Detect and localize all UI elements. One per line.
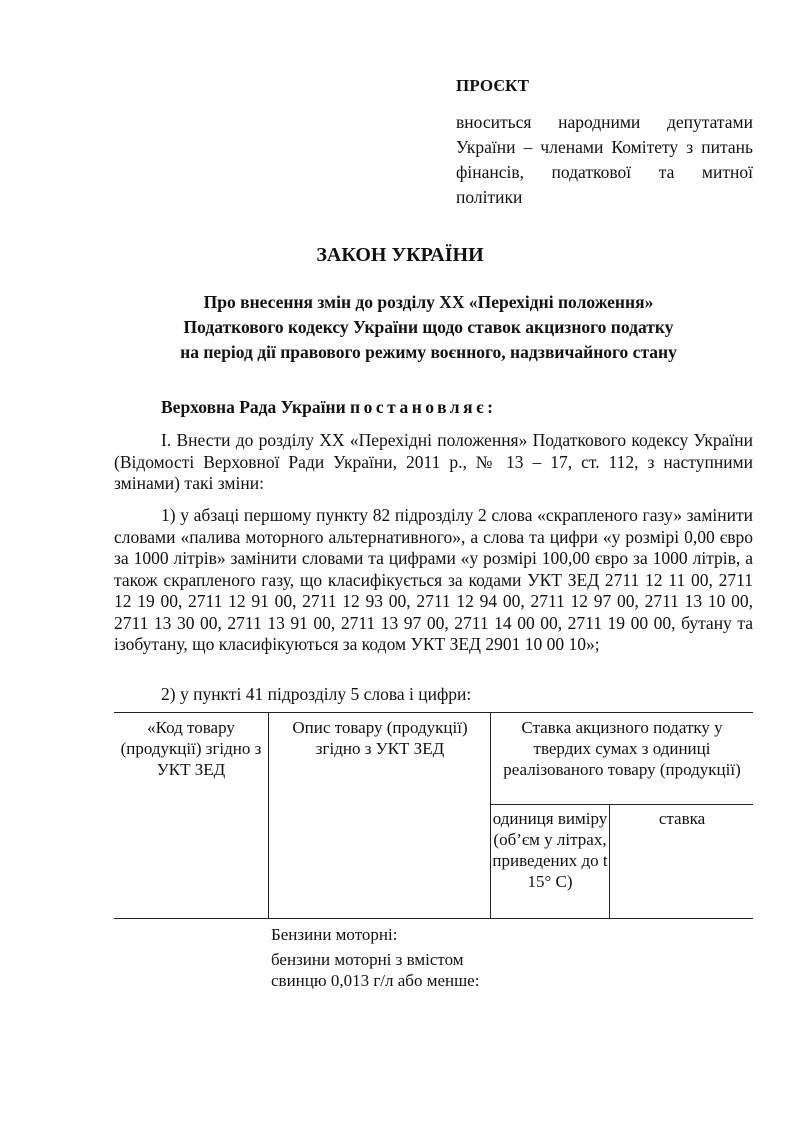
table-bottom-border <box>114 918 753 919</box>
subtitle-line: Податкового кодексу України щодо ставок … <box>120 315 737 340</box>
header-unit: одиниця виміру (об’єм у літрах, приведен… <box>492 808 608 892</box>
row-description: бензини моторні з вмістом свинцю 0,013 г… <box>271 949 496 991</box>
header-code: «Код товару (продукції) згідно з УКТ ЗЕД <box>116 717 266 780</box>
table-continuation: Бензини моторні: бензини моторні з вміст… <box>271 924 496 995</box>
subtitle-line: Про внесення змін до розділу XX «Перехід… <box>120 290 737 315</box>
header-rate-group: Ставка акцизного податку у твердих сумах… <box>500 717 744 780</box>
subheader-divider <box>490 804 753 805</box>
law-title: ЗАКОН УКРАЇНИ <box>0 244 800 267</box>
header-rate: ставка <box>612 808 752 829</box>
preamble: Верховна Рада України постановляє: <box>114 397 753 419</box>
column-divider <box>268 712 269 918</box>
excise-rate-table: «Код товару (продукції) згідно з УКТ ЗЕД… <box>114 712 753 918</box>
subtitle-line: на період дії правового режиму воєнного,… <box>120 340 737 365</box>
item-two-paragraph: 2) у пункті 41 підрозділу 5 слова і цифр… <box>114 684 753 706</box>
section-one-paragraph: І. Внести до розділу XX «Перехідні полож… <box>114 430 753 495</box>
table-top-border <box>114 712 753 713</box>
preamble-verb: постановляє: <box>350 397 496 417</box>
law-subtitle: Про внесення змін до розділу XX «Перехід… <box>120 290 737 365</box>
preamble-subject: Верховна Рада України <box>161 397 350 417</box>
column-divider <box>490 712 491 918</box>
row-description: Бензини моторні: <box>271 924 496 945</box>
submitted-by-note: вноситься народними депутатами України –… <box>456 110 753 210</box>
column-divider <box>609 804 610 918</box>
header-description: Опис товару (продукції) згідно з УКТ ЗЕД <box>274 717 486 759</box>
item-one-paragraph: 1) у абзаці першому пункту 82 підрозділу… <box>114 505 753 656</box>
draft-stamp: ПРОЄКТ <box>456 76 529 96</box>
